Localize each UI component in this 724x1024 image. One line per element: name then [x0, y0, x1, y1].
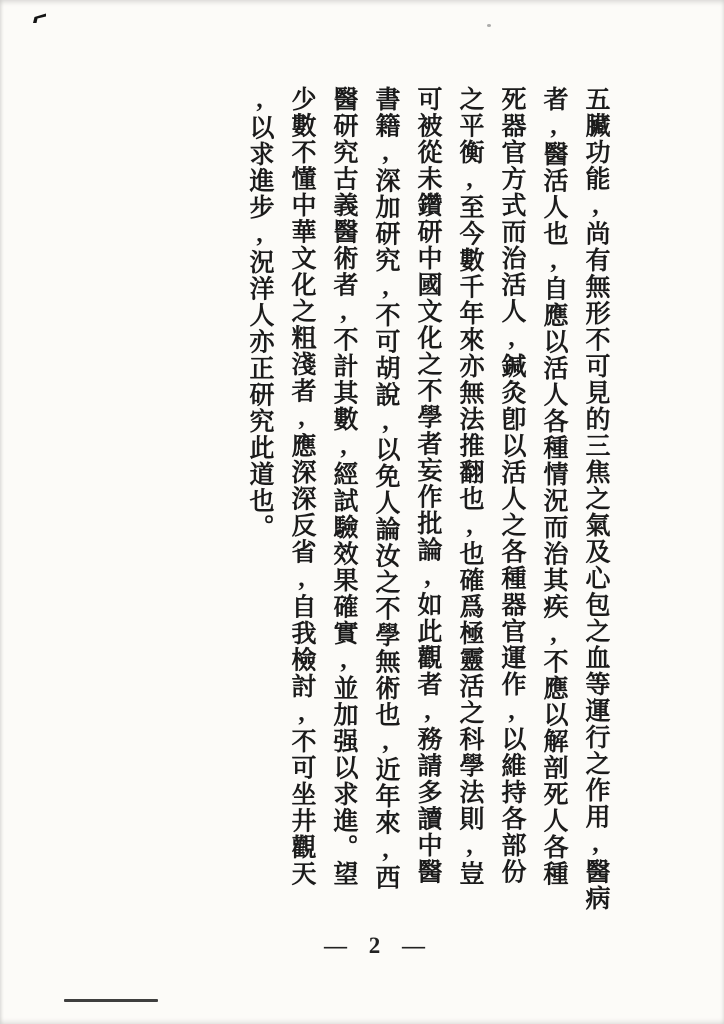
corner-registration-mark	[33, 13, 47, 24]
text-column-3: 死器官方式而治活人,鍼灸卽以活人之各種器官運作,以維持各部份	[494, 86, 528, 931]
dust-speck	[487, 24, 491, 27]
text-column-5: 可被從未鑽研中國文化之不學者妄作批論,如此觀者,務請多讀中醫	[410, 86, 444, 931]
text-column-2: 者,醫活人也,自應以活人各種情況而治其疾,不應以解剖死人各種	[536, 86, 570, 931]
text-column-6: 書籍,深加研究,不可胡說,以免人論汝之不學無術也,近年來,西	[368, 86, 402, 931]
vertical-text-block: 五臟功能,尚有無形不可見的三焦之氣及心包之血等運行之作用,醫病 者,醫活人也,自…	[242, 86, 612, 931]
page-number: — 2 —	[14, 933, 724, 959]
text-column-4: 之平衡,至今數千年來亦無法推翻也,也確爲極靈活之科學法則,豈	[452, 86, 486, 931]
text-column-1: 五臟功能,尚有無形不可見的三焦之氣及心包之血等運行之作用,醫病	[578, 86, 612, 931]
scanned-page: 五臟功能,尚有無形不可見的三焦之氣及心包之血等運行之作用,醫病 者,醫活人也,自…	[0, 0, 724, 1024]
footer-rule-line	[64, 999, 158, 1002]
text-column-8: 少數不懂中華文化之粗淺者,應深深反省,自我檢討,不可坐井觀天	[284, 86, 318, 931]
text-column-7: 醫研究古義醫術者,不計其數,經試驗效果確實,並加强以求進。望	[326, 86, 360, 931]
text-column-9: ,以求進步,況洋人亦正研究此道也。	[242, 86, 276, 931]
